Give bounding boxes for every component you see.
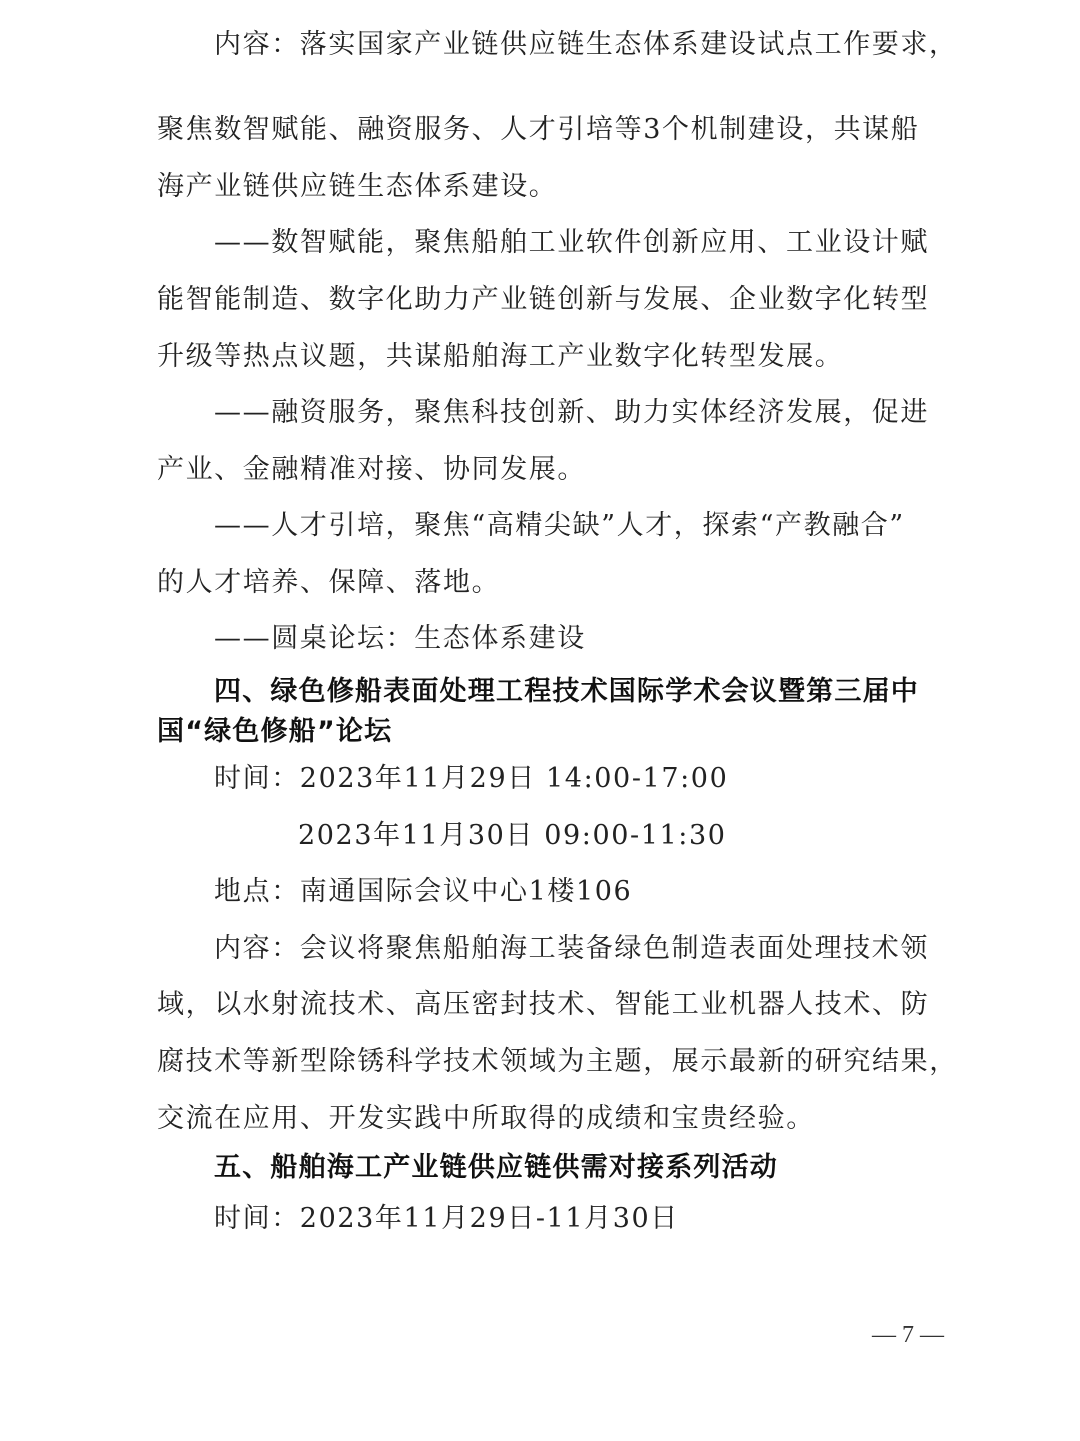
section-four-content-cont: 交流在应用、开发实践中所取得的成绩和宝贵经验。 <box>157 1102 947 1136</box>
bullet-roundtable: ——圆桌论坛：生态体系建设 <box>214 622 1004 656</box>
content-paragraph-line: 聚焦数智赋能、融资服务、人才引培等3个机制建设，共谋船 <box>157 113 947 147</box>
page-number: — 7 — <box>872 1322 944 1349</box>
bullet-financing-services-cont: 产业、金融精准对接、协同发展。 <box>157 453 947 487</box>
bullet-talent-cultivation-cont: 的人才培养、保障、落地。 <box>157 566 947 600</box>
section-four-location: 地点：南通国际会议中心1楼106 <box>214 875 1004 909</box>
section-four-time-2: 2023年11月30日 09:00-11:30 <box>298 819 1080 853</box>
section-four-content-cont: 域，以水射流技术、高压密封技术、智能工业机器人技术、防 <box>157 988 947 1022</box>
bullet-financing-services: ——融资服务，聚焦科技创新、助力实体经济发展，促进 <box>214 396 1004 430</box>
section-four-content-cont: 腐技术等新型除锈科学技术领域为主题，展示最新的研究结果， <box>157 1045 947 1079</box>
bullet-talent-cultivation: ——人才引培，聚焦“高精尖缺”人才，探索“产教融合” <box>214 509 1004 543</box>
section-four-heading-cont: 国“绿色修船”论坛 <box>157 715 947 749</box>
content-paragraph-line: 内容：落实国家产业链供应链生态体系建设试点工作要求， <box>214 28 1004 62</box>
bullet-digital-empowerment-cont: 升级等热点议题，共谋船舶海工产业数字化转型发展。 <box>157 340 947 374</box>
section-five-heading: 五、船舶海工产业链供应链供需对接系列活动 <box>214 1151 1004 1185</box>
section-four-content: 内容：会议将聚焦船舶海工装备绿色制造表面处理技术领 <box>214 932 1004 966</box>
bullet-digital-empowerment: ——数智赋能，聚焦船舶工业软件创新应用、工业设计赋 <box>214 226 1004 260</box>
section-five-time: 时间：2023年11月29日-11月30日 <box>214 1202 1004 1236</box>
document-page: 内容：落实国家产业链供应链生态体系建设试点工作要求， 聚焦数智赋能、融资服务、人… <box>0 0 1080 1441</box>
section-four-heading: 四、绿色修船表面处理工程技术国际学术会议暨第三届中 <box>214 675 1004 709</box>
bullet-digital-empowerment-cont: 能智能制造、数字化助力产业链创新与发展、企业数字化转型 <box>157 283 947 317</box>
content-paragraph-line: 海产业链供应链生态体系建设。 <box>157 170 947 204</box>
section-four-time: 时间：2023年11月29日 14:00-17:00 <box>214 762 1004 796</box>
